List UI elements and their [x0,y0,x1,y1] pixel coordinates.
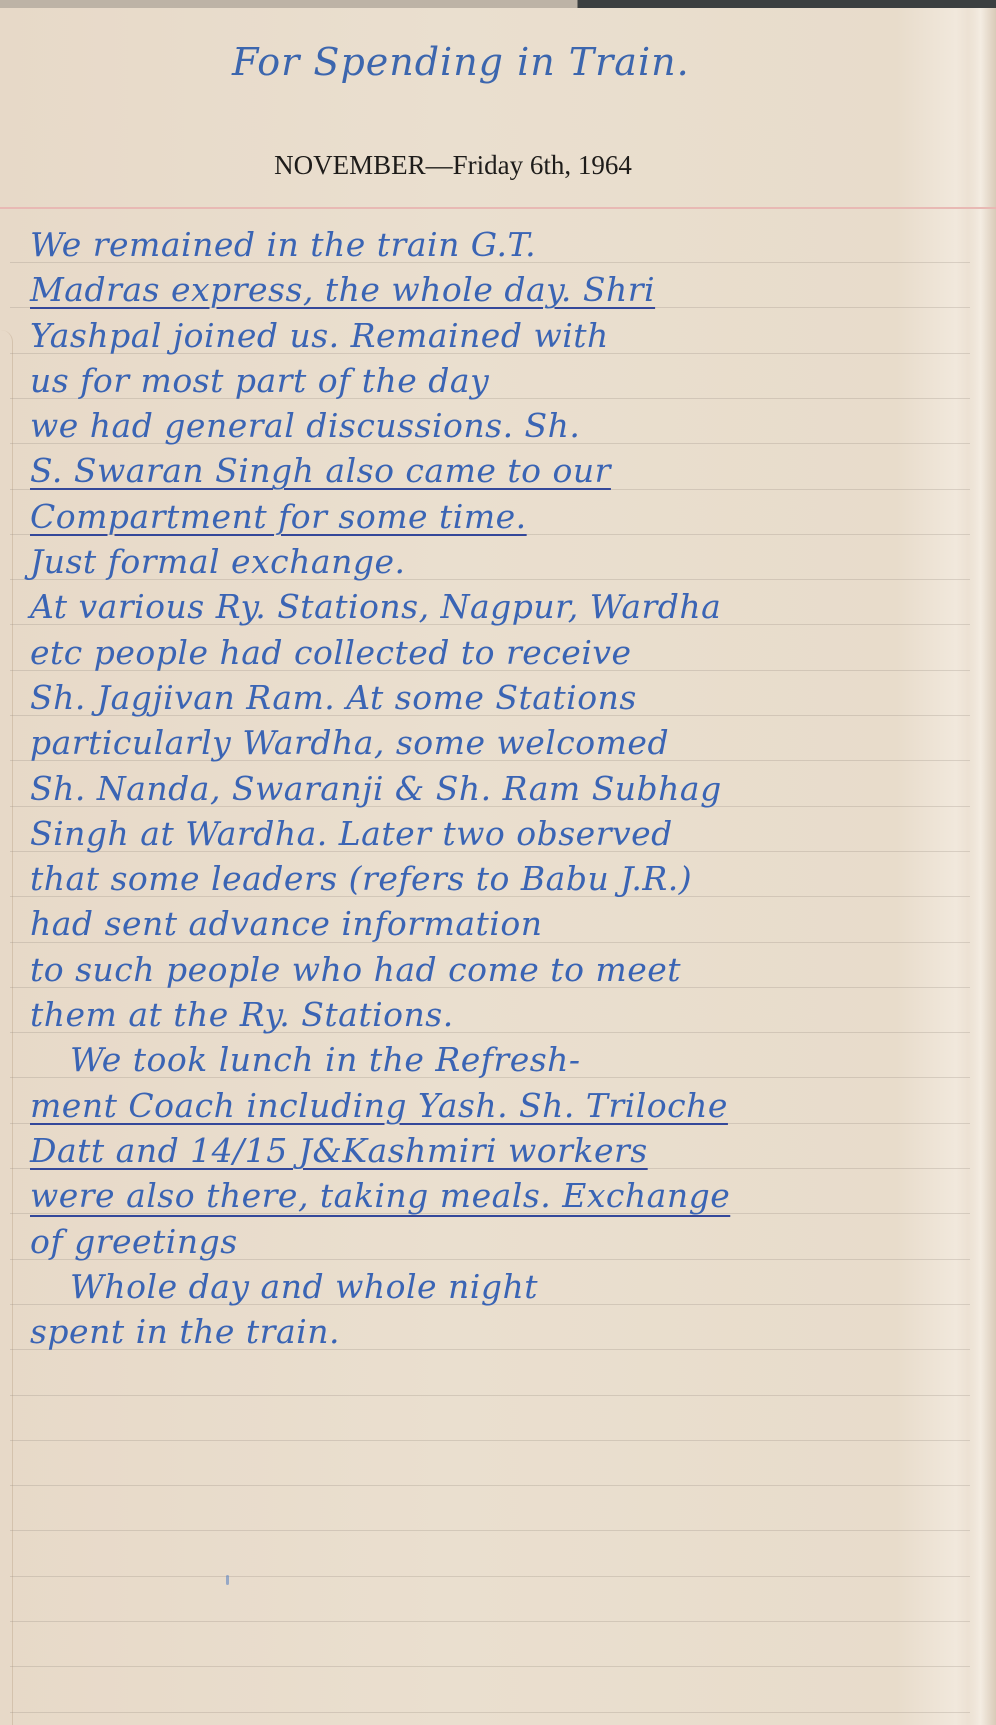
ruled-line [10,1530,970,1531]
entry-line: ment Coach including Yash. Sh. Triloche [30,1083,960,1128]
diary-entry: We remained in the train G.T. Madras exp… [30,222,960,1354]
entry-line: them at the Ry. Stations. [30,992,960,1037]
entry-line: Datt and 14/15 J&Kashmiri workers [30,1128,960,1173]
ruled-line [10,1712,970,1713]
entry-line: Yashpal joined us. Remained with [30,313,960,358]
entry-line: Compartment for some time. [30,494,960,539]
page-top-edge [0,0,996,8]
entry-line: Whole day and whole night [30,1264,960,1309]
entry-line: spent in the train. [30,1309,960,1354]
ruled-line [10,1666,970,1667]
handwritten-header-note: For Spending in Train. [232,40,690,84]
entry-line: etc people had collected to receive [30,630,960,675]
page-left-edge [0,330,13,1725]
entry-line: that some leaders (refers to Babu J.R.) [30,856,960,901]
entry-line: S. Swaran Singh also came to our [30,448,960,493]
entry-line: We remained in the train G.T. [30,222,960,267]
date-heading: NOVEMBER—Friday 6th, 1964 [0,150,996,181]
ruled-line [10,1485,970,1486]
ruled-line [10,1576,970,1577]
header-rule [0,207,996,209]
entry-line: We took lunch in the Refresh- [30,1037,960,1082]
entry-line: Singh at Wardha. Later two observed [30,811,960,856]
ruled-line [10,1395,970,1396]
entry-line: Sh. Jagjivan Ram. At some Stations [30,675,960,720]
entry-line: of greetings [30,1219,960,1264]
entry-line: Madras express, the whole day. Shri [30,267,960,312]
entry-line: At various Ry. Stations, Nagpur, Wardha [30,584,960,629]
ruled-line [10,1440,970,1441]
entry-line: we had general discussions. Sh. [30,403,960,448]
entry-line: us for most part of the day [30,358,960,403]
page-fold-shadow [968,8,996,1725]
entry-line: Sh. Nanda, Swaranji & Sh. Ram Subhag [30,766,960,811]
ink-mark [226,1575,229,1585]
ruled-line [10,1621,970,1622]
entry-line: were also there, taking meals. Exchange [30,1173,960,1218]
entry-line: had sent advance information [30,901,960,946]
entry-line: to such people who had come to meet [30,947,960,992]
entry-line: Just formal exchange. [30,539,960,584]
entry-line: particularly Wardha, some welcomed [30,720,960,765]
